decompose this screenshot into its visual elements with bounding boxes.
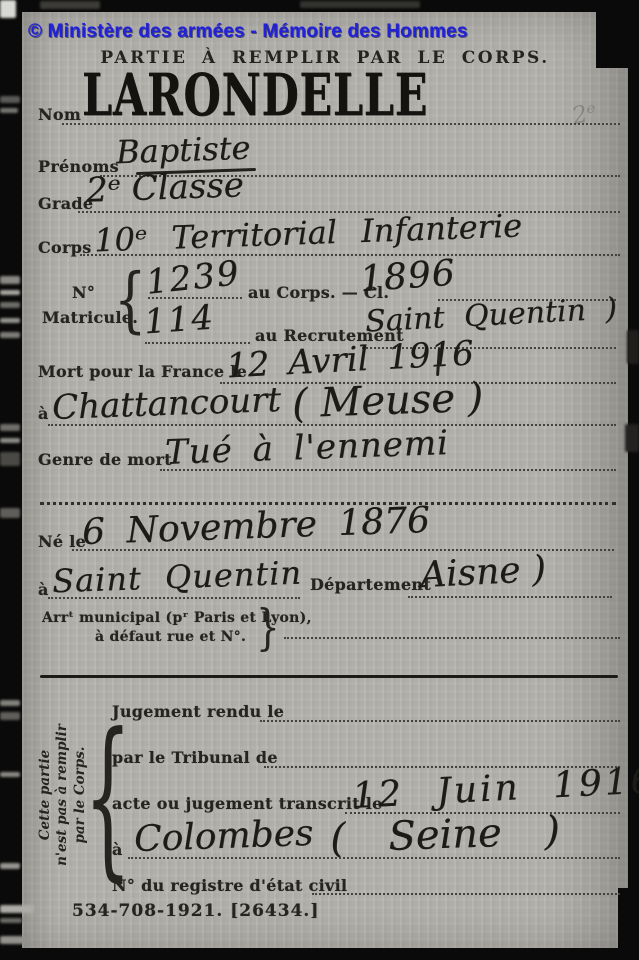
film-smudge bbox=[0, 712, 20, 720]
field-label-mort: Mort pour la France le bbox=[38, 362, 247, 381]
film-smudge bbox=[0, 438, 20, 443]
dotted-line bbox=[80, 254, 620, 256]
field-label-matricule-no: N° bbox=[72, 283, 95, 302]
handwritten-departement: Aisne ) bbox=[419, 549, 547, 597]
film-smudge bbox=[0, 452, 20, 466]
dotted-line bbox=[145, 342, 250, 344]
film-smudge bbox=[0, 918, 22, 923]
film-smudge bbox=[0, 700, 20, 706]
film-smudge bbox=[625, 424, 639, 452]
film-edge-left bbox=[0, 0, 22, 960]
film-smudge bbox=[0, 772, 20, 777]
film-smudge bbox=[0, 905, 34, 913]
film-smudge bbox=[0, 96, 20, 103]
film-smudge bbox=[0, 936, 28, 944]
film-smudge bbox=[0, 508, 20, 518]
film-edge-bottom bbox=[0, 948, 639, 960]
field-label-genre-mort: Genre de mort bbox=[38, 450, 172, 469]
dotted-line bbox=[408, 596, 612, 598]
watermark-text: © Ministère des armées - Mémoire des Hom… bbox=[28, 21, 468, 43]
handwritten-dept-transcription: ( Seine ) bbox=[329, 808, 560, 862]
stamped-name: LARONDELLE bbox=[82, 66, 428, 124]
field-label-nom: Nom bbox=[38, 105, 81, 124]
film-smudge bbox=[0, 424, 20, 431]
field-label-transcription: acte ou jugement transcrit le bbox=[112, 794, 383, 813]
film-smudge bbox=[0, 863, 20, 869]
film-smudge bbox=[0, 318, 20, 323]
film-corner-bottom-right bbox=[618, 888, 639, 960]
field-label-tribunal: par le Tribunal de bbox=[112, 748, 278, 767]
film-smudge bbox=[300, 1, 420, 8]
footer-reference: 534-708-1921. [26434.] bbox=[72, 901, 319, 921]
field-label-lieu-transcription: à bbox=[112, 840, 123, 859]
pencil-annotation: 2ᵉ bbox=[569, 98, 599, 130]
handwritten-classe: 1896 bbox=[359, 253, 457, 301]
film-smudge bbox=[0, 276, 20, 284]
dotted-line bbox=[260, 720, 620, 722]
film-smudge bbox=[0, 290, 20, 295]
dotted-line bbox=[312, 893, 620, 895]
film-smudge bbox=[0, 332, 20, 338]
field-label-lieu-mort: à bbox=[38, 404, 49, 423]
handwritten-lieu-transcription: Colombes bbox=[133, 813, 314, 860]
section-divider bbox=[40, 675, 618, 678]
film-smudge bbox=[0, 108, 18, 113]
film-edge-right bbox=[628, 0, 639, 960]
arr-municipal-brace-icon: } bbox=[256, 600, 280, 658]
dotted-line bbox=[284, 637, 620, 639]
scanned-record-page: © Ministère des armées - Mémoire des Hom… bbox=[0, 0, 639, 960]
handwritten-grade: 2ᵉ Classe bbox=[85, 165, 244, 210]
side-note-line: Cette partie bbox=[37, 750, 55, 840]
field-label-arr-municipal-2: à défaut rue et N°. bbox=[95, 629, 246, 645]
handwritten-matricule-recrutement: 114 bbox=[143, 298, 217, 343]
side-note-line: n'est pas à remplir bbox=[54, 724, 72, 866]
dotted-line bbox=[128, 857, 620, 859]
handwritten-dept-mort: ( Meuse ) bbox=[291, 375, 484, 428]
film-smudge bbox=[0, 0, 16, 18]
matricule-brace-icon: { bbox=[114, 260, 146, 342]
dotted-line bbox=[160, 469, 616, 471]
dotted-line bbox=[48, 424, 616, 426]
handwritten-lieu-mort: Chattancourt bbox=[51, 380, 281, 428]
dotted-line bbox=[62, 123, 620, 125]
dotted-line bbox=[48, 597, 300, 599]
film-smudge bbox=[0, 302, 20, 308]
field-label-jugement: Jugement rendu le bbox=[112, 702, 284, 721]
film-smudge bbox=[627, 330, 639, 364]
printed-departement: Département bbox=[310, 575, 431, 594]
film-smudge bbox=[40, 1, 100, 9]
